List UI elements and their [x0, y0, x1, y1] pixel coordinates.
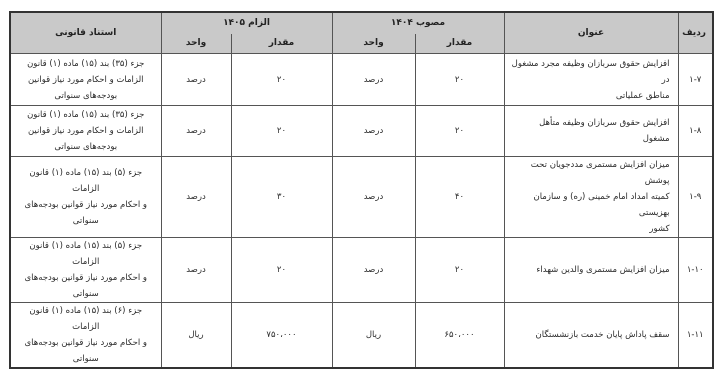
approved-amount: ۲۰	[415, 238, 504, 303]
required-amount: ۲۰	[231, 106, 332, 157]
required-amount: ۳۰	[231, 157, 332, 238]
required-amount: ۲۰	[231, 238, 332, 303]
row-title: میزان افزایش مستمری والدین شهداء	[504, 238, 678, 303]
header-approved-group: مصوب ۱۴۰۴	[332, 12, 504, 34]
row-id: ۱-۹	[678, 157, 713, 238]
required-unit: درصد	[161, 238, 231, 303]
required-unit: درصد	[161, 54, 231, 106]
row-title: سقف پاداش پایان خدمت بازنشستگان	[504, 303, 678, 340]
row-title: میزان افزایش مستمری مددجویان تحت پوشش کم…	[504, 157, 678, 238]
table-row: ۱-۱۰ میزان افزایش مستمری والدین شهداء ۲۰…	[10, 238, 713, 303]
required-amount: ۲۰	[231, 54, 332, 106]
row-title: افزایش حقوق سربازان وظیفه مجرد مشغول در …	[504, 54, 678, 106]
header-approved-unit: واحد	[332, 34, 415, 54]
legal-basis: جزء (۶) بند (۱۵) ماده (۱) قانون الزامات …	[10, 303, 161, 340]
required-unit: درصد	[161, 157, 231, 238]
header-title: عنوان	[504, 12, 678, 54]
header-required-unit: واحد	[161, 34, 231, 54]
approved-amount: ۲۰	[415, 54, 504, 106]
row-id: ۱-۱۱	[678, 303, 713, 340]
budget-table: ردیف عنوان مصوب ۱۴۰۴ الزام ۱۴۰۵ استناد ق…	[9, 11, 714, 339]
legal-basis: جزء (۳۵) بند (۱۵) ماده (۱) قانون الزامات…	[10, 54, 161, 106]
table-row: ۱-۸ افزایش حقوق سربازان وظیفه متأهل مشغو…	[10, 106, 713, 157]
approved-amount: ۴۰	[415, 157, 504, 238]
row-id: ۱-۸	[678, 106, 713, 157]
approved-unit: درصد	[332, 238, 415, 303]
table-row: ۱-۷ افزایش حقوق سربازان وظیفه مجرد مشغول…	[10, 54, 713, 106]
row-id: ۱-۱۰	[678, 238, 713, 303]
approved-unit: درصد	[332, 54, 415, 106]
approved-unit: ریال	[332, 303, 415, 340]
table-row: ۱-۱۱ سقف پاداش پایان خدمت بازنشستگان ۶۵۰…	[10, 303, 713, 340]
header-required-amount: مقدار	[231, 34, 332, 54]
approved-amount: ۶۵۰،۰۰۰	[415, 303, 504, 340]
required-unit: ریال	[161, 303, 231, 340]
legal-basis: جزء (۳۵) بند (۱۵) ماده (۱) قانون الزامات…	[10, 106, 161, 157]
header-row-id: ردیف	[678, 12, 713, 54]
table-container: ردیف عنوان مصوب ۱۴۰۴ الزام ۱۴۰۵ استناد ق…	[9, 11, 712, 339]
header-required-group: الزام ۱۴۰۵	[161, 12, 332, 34]
approved-amount: ۲۰	[415, 106, 504, 157]
approved-unit: درصد	[332, 157, 415, 238]
row-title: افزایش حقوق سربازان وظیفه متأهل مشغول	[504, 106, 678, 157]
approved-unit: درصد	[332, 106, 415, 157]
required-unit: درصد	[161, 106, 231, 157]
table-row: ۱-۹ میزان افزایش مستمری مددجویان تحت پوش…	[10, 157, 713, 238]
required-amount: ۷۵۰،۰۰۰	[231, 303, 332, 340]
row-id: ۱-۷	[678, 54, 713, 106]
legal-basis: جزء (۵) بند (۱۵) ماده (۱) قانون الزامات …	[10, 238, 161, 303]
header-legal-basis: استناد قانونی	[10, 12, 161, 54]
legal-basis: جزء (۵) بند (۱۵) ماده (۱) قانون الزامات …	[10, 157, 161, 238]
header-approved-amount: مقدار	[415, 34, 504, 54]
